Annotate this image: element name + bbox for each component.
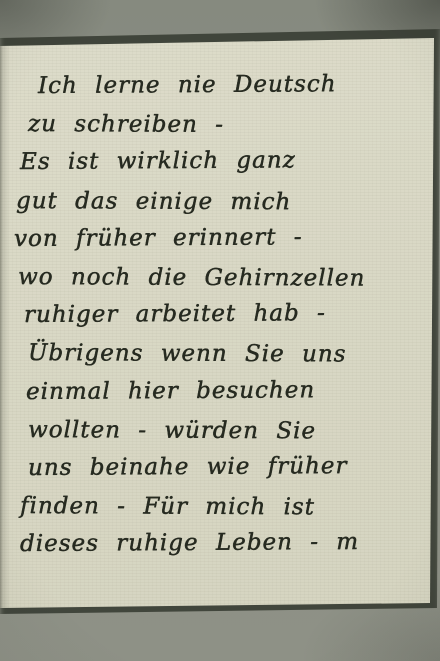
handwritten-line-9: einmal hier besuchen	[26, 370, 440, 411]
letter-body: Ich lerne nie Deutsch zu schreiben - Es …	[0, 67, 440, 563]
handwritten-line-13: dieses ruhige Leben - m	[20, 523, 440, 564]
handwritten-line-11: uns beinahe wie früher	[28, 446, 440, 487]
handwritten-line-3: Es ist wirklich ganz	[20, 141, 440, 182]
handwritten-line-7: ruhiger arbeitet hab -	[24, 294, 440, 335]
handwritten-line-6: wo noch die Gehirnzellen	[18, 258, 440, 298]
handwritten-line-12: finden - Für mich ist	[20, 487, 440, 527]
handwritten-line-10: wollten - würden Sie	[28, 411, 440, 451]
letter-photograph: Ich lerne nie Deutsch zu schreiben - Es …	[0, 0, 440, 661]
handwritten-line-4: gut das einige mich	[16, 182, 440, 222]
handwritten-line-1: Ich lerne nie Deutsch	[38, 65, 440, 106]
handwritten-line-5: von früher erinnert -	[14, 217, 440, 258]
handwritten-line-8: Übrigens wenn Sie uns	[28, 334, 440, 374]
handwritten-line-2: zu schreiben -	[28, 105, 440, 145]
